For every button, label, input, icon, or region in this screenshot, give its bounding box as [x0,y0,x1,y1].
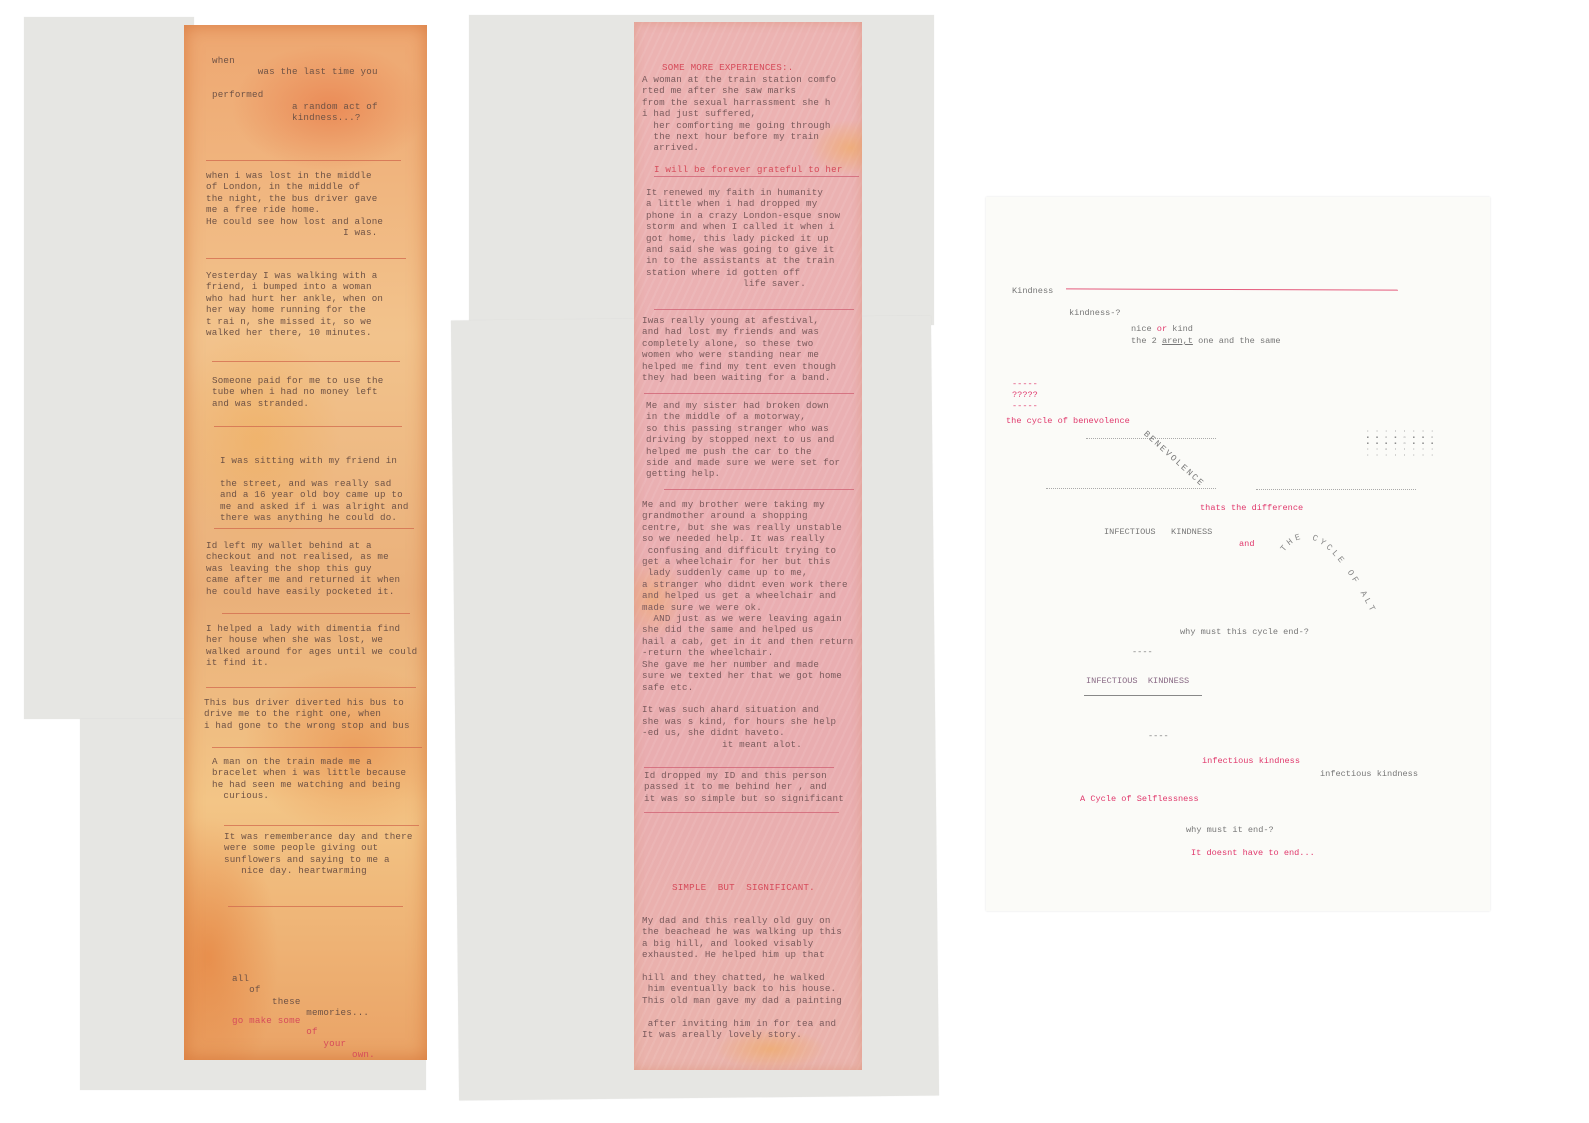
divider [644,767,834,768]
story-entry: It renewed my faith in humanity a little… [646,187,862,290]
story-entry: Me and my sister had broken down in the … [646,400,862,480]
why-must-it-end: why must it end-? [1186,825,1274,835]
dash-row: ----- [1012,401,1038,411]
outro-go-make-some: go make some of your own. [232,1015,427,1060]
dash-row: ---- [1132,647,1153,657]
story-entry: Id left my wallet behind at a checkout a… [206,540,427,597]
sheet-title: Kindness [1012,286,1053,296]
story-entry: Id dropped my ID and this person passed … [644,770,862,804]
cycle-of-selflessness: A Cycle of Selflessness [1080,794,1199,804]
divider [206,258,406,259]
question-marks: ????? [1012,390,1038,400]
kindness-question: kindness-? [1069,308,1121,318]
why-must-this-cycle-end: why must this cycle end-? [1180,627,1309,637]
dash-row: ----- [1012,379,1038,389]
dotted-line [1256,489,1416,490]
svg-text:THE CYCLE OF ALTRUISM: THE CYCLE OF ALTRUISM [1276,517,1378,616]
divider [212,747,422,748]
divider [214,528,414,529]
dotted-line [1046,488,1216,489]
divider [224,825,419,826]
and-word: and [1239,539,1254,549]
infectious-kindness-red: infectious kindness [1202,756,1300,766]
infectious-kindness-grey: infectious kindness [1320,769,1418,779]
story-entry: Iwas really young at afestival, and had … [642,315,862,383]
simple-but-significant-heading: SIMPLE BUT SIGNIFICANT. [672,882,862,893]
dash-row: ---- [1148,731,1169,741]
underline-rule [1084,695,1202,696]
story-entry: when i was lost in the middle of London,… [206,170,427,238]
story-entry: This bus driver diverted his bus to driv… [204,697,427,731]
grateful-line: I will be forever grateful to her [654,164,862,175]
divider [212,361,400,362]
divider [654,176,859,177]
nice-or-kind: nice or kind [1131,324,1193,334]
mount-left-upper [24,17,194,719]
title-rule [1066,288,1398,290]
strip-intro: when was the last time you performed a r… [212,55,427,123]
orange-kindness-strip: when was the last time you performed a r… [184,25,427,1060]
story-entry: A woman at the train station comfo rted … [642,74,862,154]
typed-character-grid: · · · · · · · · ▪ ▪ ▫ ▪ ▫ ▪ ▪ ▫ ▪ ▪ ▪ ▪ … [1366,429,1435,459]
story-entry: Yesterday I was walking with a friend, i… [206,270,427,338]
thats-the-difference: thats the difference [1200,503,1303,513]
story-entry: It was rememberance day and there were s… [224,831,427,877]
pink-experiences-strip: SOME MORE EXPERIENCES:. A woman at the t… [634,22,862,1070]
divider [644,812,839,813]
story-entry: My dad and this really old guy on the be… [642,915,862,1040]
divider [654,309,854,310]
story-entry: I was sitting with my friend in the stre… [220,455,427,523]
cycle-of-benevolence: the cycle of benevolence [1006,416,1130,426]
divider [206,160,401,161]
it-doesnt-have-to-end: It doesnt have to end... [1191,848,1315,858]
story-entry: A man on the train made me a bracelet wh… [212,756,427,802]
divider [222,613,410,614]
story-entry: Me and my brother were taking my grandmo… [642,499,862,750]
divider [644,393,854,394]
story-entry: Someone paid for me to use the tube when… [212,375,427,409]
experiences-heading: SOME MORE EXPERIENCES:. [662,62,862,73]
kindness-typewriter-sheet: Kindness kindness-? nice or kind the 2 a… [986,197,1490,911]
cycle-of-altruism-arc: THE CYCLE OF ALTRUISM [1276,517,1386,617]
outro-memories: all of these memories... [232,973,427,1019]
divider [664,489,854,490]
infectious-kindness-caps: INFECTIOUS KINDNESS [1104,527,1212,537]
divider [228,906,403,907]
arent-one-and-the-same: the 2 aren,t one and the same [1131,336,1281,346]
divider [214,426,402,427]
story-entry: I helped a lady with dimentia find her h… [206,623,427,669]
infectious-kindness-underlined: INFECTIOUS KINDNESS [1086,676,1189,686]
divider [206,687,416,688]
